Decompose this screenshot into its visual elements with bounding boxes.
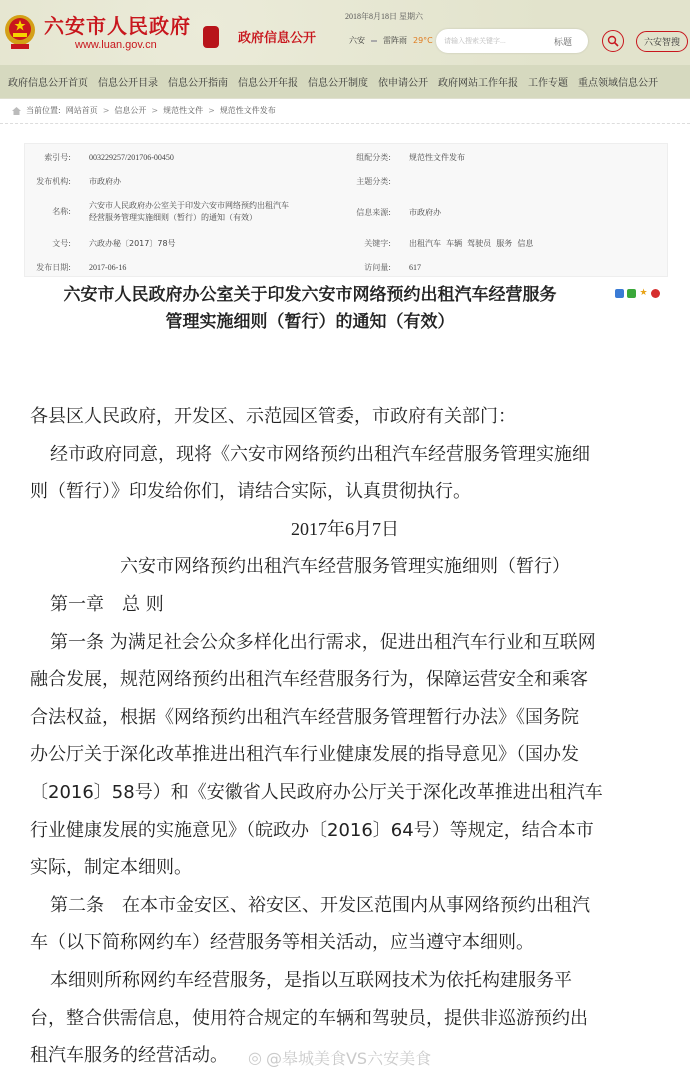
meta-value: 003229257/201706-00450: [89, 152, 174, 164]
meta-label: 访问量:: [345, 262, 391, 273]
site-url[interactable]: www.luan.gov.cn: [75, 39, 157, 51]
nav-item-home[interactable]: 政府信息公开首页: [8, 74, 89, 89]
meta-label: 发布机构:: [25, 176, 71, 187]
breadcrumb-separator: >: [151, 106, 158, 115]
meta-category: 组配分类: 规范性文件发布: [345, 152, 465, 164]
smart-search-button[interactable]: 六安智搜: [636, 31, 688, 52]
article-line: 本细则所称网约车经营服务，是指以互联网技术为依托构建服务平: [30, 962, 660, 1000]
article-line: 办公厅关于深化改革推进出租汽车行业健康发展的指导意见》（国办发: [30, 736, 660, 774]
meta-label: 文号:: [25, 238, 71, 249]
meta-keywords: 关键字: 出租汽车 车辆 驾驶员 服务 信息: [345, 238, 533, 250]
article-line: 合法权益，根据《网络预约出租汽车经营服务管理暂行办法》《国务院: [30, 699, 660, 737]
weibo-icon[interactable]: [651, 289, 660, 298]
weibo-watermark-icon: ◎: [248, 1048, 262, 1067]
meta-value: 市政府办: [409, 207, 441, 219]
meta-label: 索引号:: [25, 152, 71, 163]
breadcrumb-item-info[interactable]: 信息公开: [114, 105, 146, 116]
nav-item-guide[interactable]: 信息公开指南: [168, 74, 229, 89]
nav-item-application[interactable]: 依申请公开: [378, 74, 429, 89]
meta-label: 组配分类:: [345, 152, 391, 163]
meta-label: 信息来源:: [345, 207, 391, 218]
qzone-icon[interactable]: [615, 289, 624, 298]
national-emblem-icon: [3, 12, 37, 52]
weather-widget: 六安 雷阵雨 29°C: [349, 35, 433, 46]
breadcrumb-separator: >: [208, 106, 215, 115]
salutation: 各县区人民政府，开发区、示范园区管委，市政府有关部门：: [30, 398, 660, 436]
section-title[interactable]: 政府信息公开: [238, 27, 316, 46]
divider: [0, 123, 690, 124]
subtitle: 六安市网络预约出租汽车经营服务管理实施细则（暂行）: [30, 548, 660, 586]
document-title: 六安市人民政府办公室关于印发六安市网络预约出租汽车经营服务 管理实施细则（暂行）…: [0, 282, 620, 336]
home-icon: [12, 107, 21, 115]
nav-item-topics[interactable]: 工作专题: [528, 74, 569, 89]
meta-name: 名称: 六安市人民政府办公室关于印发六安市网络预约出租汽车 经营服务管理实施细则…: [25, 200, 289, 224]
meta-value: 规范性文件发布: [409, 152, 465, 164]
article-line: 第一条 为满足社会公众多样化出行需求，促进出租汽车行业和互联网: [30, 624, 660, 662]
weather-temperature: 29°C: [413, 36, 433, 45]
nav-item-key-areas[interactable]: 重点领域信息公开: [578, 74, 659, 89]
breadcrumb: 当前位置: 网站首页 > 信息公开 > 规范性文件 > 规范性文件发布: [12, 105, 276, 116]
nav-item-catalog[interactable]: 信息公开目录: [98, 74, 159, 89]
meta-name-line2: 经营服务管理实施细则（暂行）的通知（有效）: [89, 212, 289, 224]
document-meta-table: 索引号: 003229257/201706-00450 发布机构: 市政府办 名…: [24, 143, 668, 277]
meta-label: 主题分类:: [345, 176, 391, 187]
breadcrumb-item-current[interactable]: 规范性文件发布: [220, 105, 276, 116]
meta-value: 617: [409, 262, 421, 274]
site-title[interactable]: 六安市人民政府: [44, 10, 191, 39]
nav-item-website-report[interactable]: 政府网站工作年报: [438, 74, 519, 89]
meta-value: 2017-06-16: [89, 262, 126, 274]
article-line: 融合发展，规范网络预约出租汽车经营服务行为，保障运营安全和乘客: [30, 661, 660, 699]
search-input[interactable]: [444, 33, 534, 49]
site-header: 六安市人民政府 www.luan.gov.cn 政府信息公开 2018年8月18…: [0, 0, 690, 65]
nav-item-annual-report[interactable]: 信息公开年报: [238, 74, 299, 89]
main-nav: 政府信息公开首页 信息公开目录 信息公开指南 信息公开年报 信息公开制度 依申请…: [0, 65, 690, 99]
meta-name-line1: 六安市人民政府办公室关于印发六安市网络预约出租汽车: [89, 200, 289, 212]
search-button[interactable]: [602, 30, 624, 52]
document-title-line2: 管理实施细则（暂行）的通知（有效）: [0, 309, 620, 336]
article-line: 车（以下简称网约车）经营服务等相关活动，应当遵守本细则。: [30, 924, 660, 962]
search-box: 标题: [436, 29, 588, 53]
document-body: 各县区人民政府，开发区、示范园区管委，市政府有关部门： 经市政府同意，现将《六安…: [30, 398, 660, 1075]
article-line: 〔2016〕58号）和《安徽省人民政府办公厅关于深化改革推进出租汽车: [30, 774, 660, 812]
meta-value: 六安市人民政府办公室关于印发六安市网络预约出租汽车 经营服务管理实施细则（暂行）…: [89, 200, 289, 224]
weather-city: 六安: [349, 35, 365, 46]
favorite-icon[interactable]: ★: [639, 289, 648, 298]
article-line: 行业健康发展的实施意见》（皖政办〔2016〕64号）等规定，结合本市: [30, 812, 660, 850]
current-date: 2018年8月18日 星期六: [345, 11, 423, 22]
intro-line: 经市政府同意，现将《六安市网络预约出租汽车经营服务管理实施细: [30, 436, 660, 474]
share-toolbar: ★: [615, 289, 660, 298]
meta-value: 六政办秘〔2017〕78号: [89, 238, 176, 250]
meta-label: 名称:: [25, 200, 71, 217]
breadcrumb-label: 当前位置:: [26, 105, 61, 116]
watermark: ◎ @皋城美食VS六安美食: [248, 1046, 431, 1069]
article-line: 实际，制定本细则。: [30, 849, 660, 887]
weather-condition: 雷阵雨: [383, 35, 407, 46]
meta-value: 出租汽车 车辆 驾驶员 服务 信息: [409, 238, 533, 250]
article-line: 第二条 在本市金安区、裕安区、开发区范围内从事网络预约出租汽: [30, 887, 660, 925]
breadcrumb-item-home[interactable]: 网站首页: [66, 105, 98, 116]
wechat-icon[interactable]: [627, 289, 636, 298]
article-line: 台，整合供需信息，使用符合规定的车辆和驾驶员，提供非巡游预约出: [30, 1000, 660, 1038]
meta-publisher: 发布机构: 市政府办: [25, 176, 121, 188]
document-title-line1: 六安市人民政府办公室关于印发六安市网络预约出租汽车经营服务: [0, 282, 620, 309]
meta-source: 信息来源: 市政府办: [345, 207, 441, 219]
meta-label: 关键字:: [345, 238, 391, 249]
chapter-heading: 第一章 总 则: [30, 586, 660, 624]
meta-visits: 访问量: 617: [345, 262, 421, 274]
search-icon: [607, 35, 619, 47]
watermark-text: @皋城美食VS六安美食: [266, 1046, 431, 1069]
breadcrumb-item-normative[interactable]: 规范性文件: [163, 105, 203, 116]
meta-doc-no: 文号: 六政办秘〔2017〕78号: [25, 238, 176, 250]
nav-item-system[interactable]: 信息公开制度: [308, 74, 369, 89]
intro-line: 则（暂行）》印发给你们，请结合实际，认真贯彻执行。: [30, 473, 660, 511]
meta-label: 发布日期:: [25, 262, 71, 273]
meta-index-no: 索引号: 003229257/201706-00450: [25, 152, 174, 164]
seal-icon: [203, 26, 219, 48]
weather-icon: [371, 40, 377, 42]
breadcrumb-separator: >: [103, 106, 110, 115]
meta-topic: 主题分类:: [345, 176, 409, 187]
meta-value: 市政府办: [89, 176, 121, 188]
search-scope-select[interactable]: 标题: [554, 35, 572, 48]
issue-date: 2017年6月7日: [30, 511, 660, 549]
meta-publish-date: 发布日期: 2017-06-16: [25, 262, 126, 274]
